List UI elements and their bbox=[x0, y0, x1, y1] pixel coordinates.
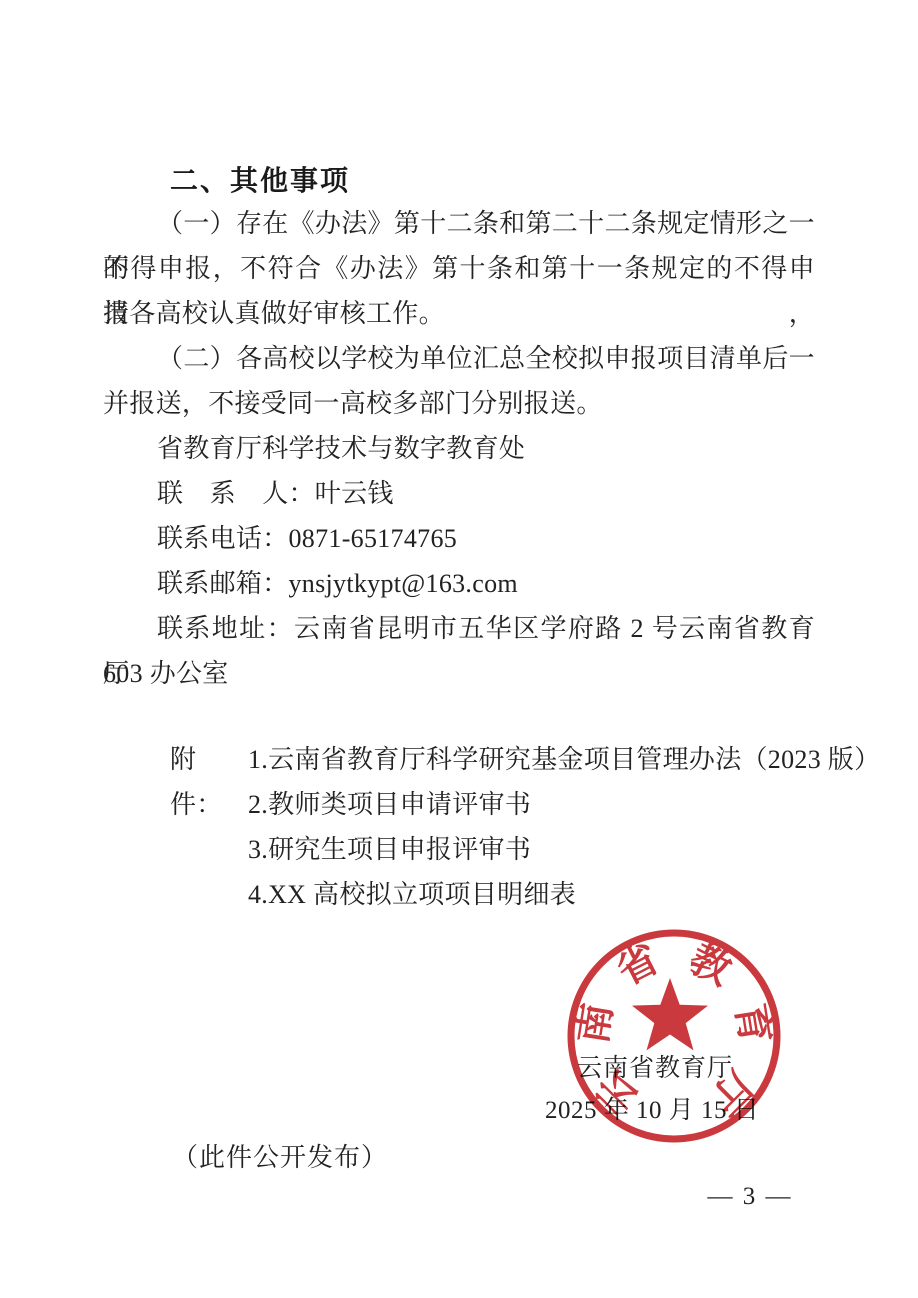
attachment-item: 1.云南省教育厅科学研究基金项目管理办法（2023 版） bbox=[248, 737, 880, 782]
contact-address-line1: 联系地址：云南省昆明市五华区学府路 2 号云南省教育厅 bbox=[103, 606, 815, 651]
body-line: 并报送，不接受同一高校多部门分别报送。 bbox=[103, 381, 815, 426]
page-number: — 3 — bbox=[705, 1183, 795, 1211]
attachment-item: 2.教师类项目申请评审书 bbox=[170, 782, 830, 827]
attachment-item: 4.XX 高校拟立项项目明细表 bbox=[170, 872, 830, 917]
attachments-label: 附件： bbox=[170, 737, 248, 782]
body-line: （一）存在《办法》第十二条和第二十二条规定情形之一的 bbox=[103, 201, 815, 246]
seal-arc-char: 教 bbox=[682, 936, 739, 995]
seal-arc-char: 育 bbox=[728, 1000, 779, 1047]
contact-address-line2: 603 办公室 bbox=[103, 651, 815, 696]
body-line: 不得申报，不符合《办法》第十条和第十一条规定的不得申报， bbox=[103, 246, 815, 291]
contact-email: 联系邮箱：ynsjytkypt@163.com bbox=[103, 561, 815, 606]
document-page: 二、其他事项 （一）存在《办法》第十二条和第二十二条规定情形之一的 不得申报，不… bbox=[0, 0, 918, 1298]
attachments-block: 附件： 1.云南省教育厅科学研究基金项目管理办法（2023 版） 2.教师类项目… bbox=[170, 737, 830, 917]
signature-date: 2025 年 10 月 15 日 bbox=[545, 1090, 759, 1126]
contact-phone: 联系电话：0871-65174765 bbox=[103, 516, 815, 561]
contact-person: 联 系 人：叶云钱 bbox=[103, 471, 815, 516]
seal-arc-char: 南 bbox=[570, 1000, 621, 1047]
signature-org: 云南省教育厅 bbox=[577, 1048, 733, 1084]
seal-star-icon bbox=[632, 978, 708, 1050]
seal-arc-char: 省 bbox=[610, 936, 666, 994]
public-release-note: （此件公开发布） bbox=[172, 1137, 388, 1174]
contact-department: 省教育厅科学技术与数字教育处 bbox=[103, 426, 815, 471]
attachment-item: 3.研究生项目申报评审书 bbox=[170, 827, 830, 872]
body-line: （二）各高校以学校为单位汇总全校拟申报项目清单后一 bbox=[103, 336, 815, 381]
section-heading: 二、其他事项 bbox=[170, 159, 350, 199]
body-text: （一）存在《办法》第十二条和第二十二条规定情形之一的 不得申报，不符合《办法》第… bbox=[103, 201, 815, 696]
